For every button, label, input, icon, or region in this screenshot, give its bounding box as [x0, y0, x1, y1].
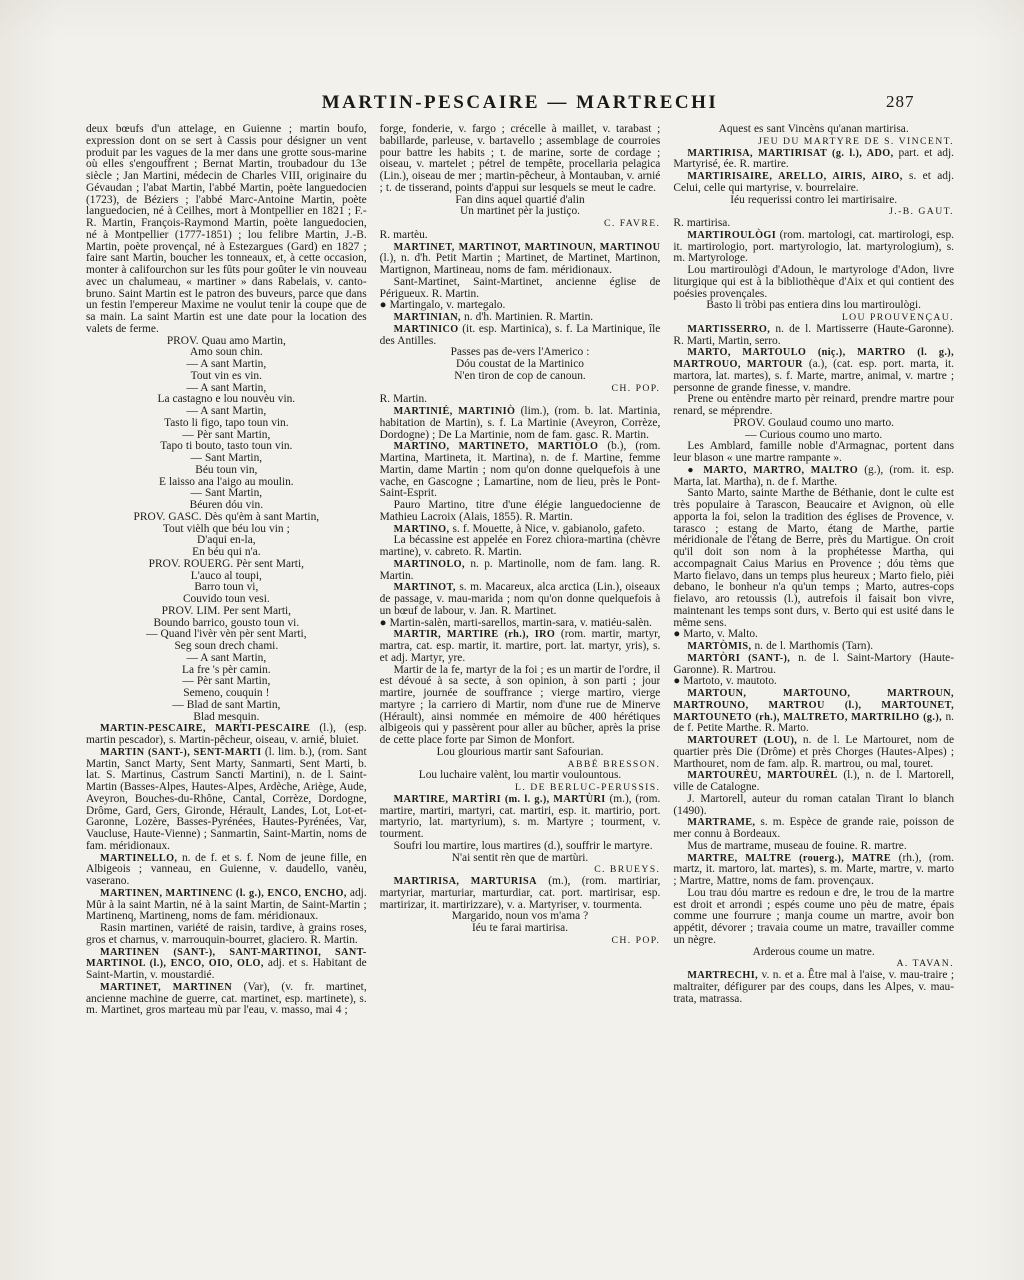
body-paragraph: Mus de martrame, museau de fouine. R. ma… [673, 841, 954, 853]
body-paragraph: Pauro Martino, titre d'une élégie langue… [380, 500, 661, 524]
verse-block: Arderous coume un matre. [673, 947, 954, 959]
body-paragraph: Sant-Martinet, Saint-Martinet, ancienne … [380, 277, 661, 301]
verse-block: Iéu requerissi contro lei martirisaire. [673, 195, 954, 207]
entry-headword: MARTINIÉ, MARTINIÒ [394, 406, 516, 417]
attribution: L. DE BERLUC-PERUSSIS. [380, 782, 661, 794]
body-paragraph: forge, fonderie, v. fargo ; crécelle à m… [380, 124, 661, 195]
dictionary-entry: MARTINO, MARTINETO, MARTIOLO (b.), (rom.… [380, 441, 661, 500]
body-paragraph: Santo Marto, sainte Marthe de Béthanie, … [673, 488, 954, 629]
verse-block: Lou glourious martir sant Safourian. [380, 747, 661, 759]
entry-headword: MARTINET, MARTINEN [100, 982, 232, 993]
dictionary-entry: MARTIN (SANT-), SENT-MARTI (l. lim. b.),… [86, 747, 367, 853]
verse-block: Lou luchaire valènt, lou martir voulount… [380, 770, 661, 782]
entry-headword: MARTINET, MARTINOT, MARTINOUN, MARTINOU [394, 242, 661, 253]
entry-headword: MARTRECHI, [687, 970, 758, 981]
dictionary-entry: MARTINEN, MARTINENC (l. g.), ENCO, ENCHO… [86, 888, 367, 923]
entry-headword: MARTIR, MARTIRE (rh.), IRO [394, 629, 556, 640]
verse-block: N'ai sentit rèn que de martùri. [380, 853, 661, 865]
entry-headword: MARTIN (SANT-), SENT-MARTI [100, 747, 261, 758]
body-paragraph: La bécassine est appelée en Forez chiora… [380, 535, 661, 559]
body-paragraph: Les Amblard, famille noble d'Armagnac, p… [673, 441, 954, 465]
entry-headword: MARTIRISA, MARTIRISAT (g. l.), ADO, [687, 148, 893, 159]
body-paragraph: Soufri lou martire, lous martires (d.), … [380, 841, 661, 853]
dictionary-entry: MARTIROULÒGI (rom. martologi, cat. marti… [673, 230, 954, 265]
entry-headword: MARTINIAN, [394, 312, 461, 323]
column: forge, fonderie, v. fargo ; crécelle à m… [380, 124, 661, 1256]
dictionary-entry: MARTINIÉ, MARTINIÒ (lim.), (rom. b. lat.… [380, 406, 661, 441]
body-paragraph: Prene ou entèndre marto pèr reinard, pre… [673, 394, 954, 418]
entry-headword: MARTINEN, MARTINENC (l. g.), ENCO, ENCHO… [100, 888, 347, 899]
verse-block: Fan dins aquel quartié d'alinUn martinet… [380, 195, 661, 219]
dictionary-entry: MARTO, MARTOULO (niç.), MARTRO (l. g.), … [673, 347, 954, 394]
verse-block: Margarido, noun vos m'ama ?Iéu te farai … [380, 911, 661, 935]
attribution: LOU PROUVENÇAU. [673, 312, 954, 324]
column: Aquest es sant Vincèns qu'anan martirisa… [673, 124, 954, 1256]
page-number: 287 [886, 92, 966, 112]
dictionary-entry: MARTÒRI (SANT-), n. de l. Saint-Martory … [673, 653, 954, 677]
entry-headword: MARTOURET (LOU), [687, 735, 797, 746]
cross-reference-line: ● Martoto, v. mautoto. [673, 676, 954, 688]
entry-headword: MARTIRISA, MARTURISA [394, 876, 537, 887]
attribution: JEU DU MARTYRE DE S. VINCENT. [673, 136, 954, 148]
dictionary-page: MARTIN-PESCAIRE — MARTRECHI 287 deux bœu… [0, 0, 1024, 1280]
dictionary-entry: MARTRECHI, v. n. et a. Être mal à l'aise… [673, 970, 954, 1005]
entry-headword: MARTIRISAIRE, ARELLO, AIRIS, AIRO, [687, 171, 902, 182]
column: deux bœufs d'un attelage, en Guienne ; m… [86, 124, 367, 1256]
entry-headword: MARTINEN (SANT-), SANT-MARTINOI, SANT-MA… [86, 947, 367, 970]
dictionary-entry: MARTIRISA, MARTURISA (m.), (rom. martiri… [380, 876, 661, 911]
body-paragraph: J. Martorell, auteur du roman catalan Ti… [673, 794, 954, 818]
entry-headword: MARTÒRI (SANT-), [687, 653, 790, 664]
entry-headword: ● MARTO, MARTRO, MALTRO [687, 465, 858, 476]
dictionary-entry: MARTINIAN, n. d'h. Martinien. R. Martin. [380, 312, 661, 324]
verse-block: PROV. Goulaud coumo uno marto.— Curious … [673, 418, 954, 442]
dictionary-entry: MARTRE, MALTRE (rouerg.), MATRE (rh.), (… [673, 853, 954, 888]
entry-headword: MARTIRE, MARTÌRI (m. l. g.), MARTÙRI [394, 794, 606, 805]
entry-headword: MARTINOT, [394, 582, 456, 593]
dictionary-entry: MARTOURET (LOU), n. de l. Le Martouret, … [673, 735, 954, 770]
body-paragraph: deux bœufs d'un attelage, en Guienne ; m… [86, 124, 367, 336]
entry-headword: MARTINOLO, [394, 559, 465, 570]
attribution: CH. POP. [380, 935, 661, 947]
entry-headword: MARTIN-PESCAIRE, MARTI-PESCAIRE [100, 723, 310, 734]
dictionary-entry: MARTINEN (SANT-), SANT-MARTINOI, SANT-MA… [86, 947, 367, 982]
dictionary-entry: MARTRAME, s. m. Espèce de grande raie, p… [673, 817, 954, 841]
verse-block: Basto li tròbi pas entiera dins lou mart… [673, 300, 954, 312]
entry-headword: MARTINO, [394, 524, 450, 535]
entry-headword: MARTRE, MALTRE (rouerg.), MATRE [687, 853, 891, 864]
dictionary-entry: MARTIRISA, MARTIRISAT (g. l.), ADO, part… [673, 148, 954, 172]
entry-headword: MARTO, MARTOULO (niç.), MARTRO (l. g.), … [673, 347, 954, 370]
verse-block: Aquest es sant Vincèns qu'anan martirisa… [673, 124, 954, 136]
body-paragraph: Martir de la fe, martyr de la foi ; es u… [380, 665, 661, 747]
entry-headword: MARTINELLO, [100, 853, 177, 864]
dictionary-entry: MARTIR, MARTIRE (rh.), IRO (rom. martir,… [380, 629, 661, 664]
dictionary-entry: MARTINOT, s. m. Macareux, alca arctica (… [380, 582, 661, 617]
attribution: C. FAVRE. [380, 218, 661, 230]
dictionary-entry: ● MARTO, MARTRO, MALTRO (g.), (rom. it. … [673, 465, 954, 489]
dictionary-entry: MARTINET, MARTINOT, MARTINOUN, MARTINOU … [380, 242, 661, 277]
dictionary-entry: MARTOURÈU, MARTOURÈL (l.), n. de l. Mart… [673, 770, 954, 794]
entry-headword: MARTINICO [394, 324, 459, 335]
dictionary-entry: MARTIRE, MARTÌRI (m. l. g.), MARTÙRI (m.… [380, 794, 661, 841]
page-title: MARTIN-PESCAIRE — MARTRECHI [150, 92, 890, 114]
entry-headword: MARTINO, MARTINETO, MARTIOLO [394, 441, 599, 452]
entry-headword: MARTOUN, MARTOUNO, MARTROUN, MARTROUNO, … [673, 688, 954, 723]
entry-headword: MARTRAME, [687, 817, 755, 828]
verse-block: Passes pas de-vers l'Americo :Dóu cousta… [380, 347, 661, 382]
body-paragraph: Lou martiroulògi d'Adoun, le martyrologe… [673, 265, 954, 300]
entry-headword: MARTOURÈU, MARTOURÈL [687, 770, 837, 781]
entry-headword: MARTÒMIS, [687, 641, 751, 652]
body-paragraph: Lou trau dóu martre es redoun e dre, le … [673, 888, 954, 947]
dictionary-entry: MARTINELLO, n. de f. et s. f. Nom de jeu… [86, 853, 367, 888]
entry-headword: MARTISSERRO, [687, 324, 770, 335]
text-columns: deux bœufs d'un attelage, en Guienne ; m… [86, 124, 954, 1256]
dictionary-entry: MARTOUN, MARTOUNO, MARTROUN, MARTROUNO, … [673, 688, 954, 735]
entry-headword: MARTIROULÒGI [687, 230, 776, 241]
dictionary-entry: MARTISSERRO, n. de l. Martisserre (Haute… [673, 324, 954, 348]
verse-block: PROV. Quau amo Martin,Amo soun chin.— A … [86, 336, 367, 724]
dictionary-entry: MARTIN-PESCAIRE, MARTI-PESCAIRE (l.), (e… [86, 723, 367, 747]
dictionary-entry: MARTINET, MARTINEN (Var), (v. fr. martin… [86, 982, 367, 1017]
dictionary-entry: MARTINICO (it. esp. Martinica), s. f. La… [380, 324, 661, 348]
dictionary-entry: MARTÒMIS, n. de l. Marthomis (Tarn). [673, 641, 954, 653]
dictionary-entry: MARTIRISAIRE, ARELLO, AIRIS, AIRO, s. et… [673, 171, 954, 195]
body-paragraph: R. martirisa. [673, 218, 954, 230]
body-paragraph: R. martèu. [380, 230, 661, 242]
dictionary-entry: MARTINOLO, n. p. Martinolle, nom de fam.… [380, 559, 661, 583]
body-paragraph: Rasin martinen, variété de raisin, tardi… [86, 923, 367, 947]
